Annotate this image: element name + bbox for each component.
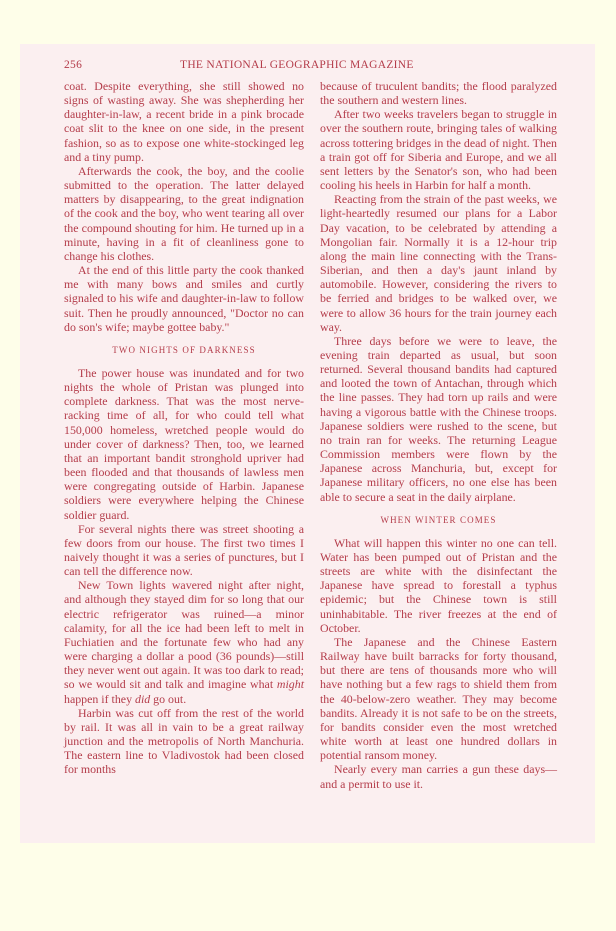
paragraph: because of truculent bandits; the flood …	[320, 79, 557, 107]
italic-text: did	[135, 692, 150, 706]
text-run: New Town lights wavered night after nigh…	[64, 578, 304, 691]
paragraph: The Japanese and the Chinese Eastern Rai…	[320, 635, 557, 762]
paragraph: New Town lights wavered night after nigh…	[64, 578, 304, 705]
paragraph: coat. Despite everything, she still show…	[64, 79, 304, 164]
paragraph: For several nights there was street shoo…	[64, 522, 304, 579]
paragraph: At the end of this little party the cook…	[64, 263, 304, 334]
paragraph: Three days before we were to leave, the …	[320, 334, 557, 504]
paragraph: The power house was inundated and for tw…	[64, 366, 304, 522]
italic-text: might	[277, 677, 304, 691]
magazine-page: 256 THE NATIONAL GEOGRAPHIC MAGAZINE coa…	[20, 44, 595, 843]
paragraph: Reacting from the strain of the past wee…	[320, 192, 557, 334]
left-column: coat. Despite everything, she still show…	[64, 79, 304, 777]
paragraph: Afterwards the cook, the boy, and the co…	[64, 164, 304, 263]
right-column: because of truculent bandits; the flood …	[320, 79, 557, 791]
section-heading: TWO NIGHTS OF DARKNESS	[64, 343, 304, 357]
paragraph: After two weeks travelers began to strug…	[320, 107, 557, 192]
magazine-title: THE NATIONAL GEOGRAPHIC MAGAZINE	[180, 59, 414, 71]
paragraph: Nearly every man carries a gun these day…	[320, 762, 557, 790]
page-number: 256	[64, 59, 82, 71]
section-heading: WHEN WINTER COMES	[320, 513, 557, 527]
text-run: happen if they	[64, 692, 135, 706]
paragraph: Harbin was cut off from the rest of the …	[64, 706, 304, 777]
text-run: go out.	[150, 692, 186, 706]
paragraph: What will happen this winter no one can …	[320, 536, 557, 635]
